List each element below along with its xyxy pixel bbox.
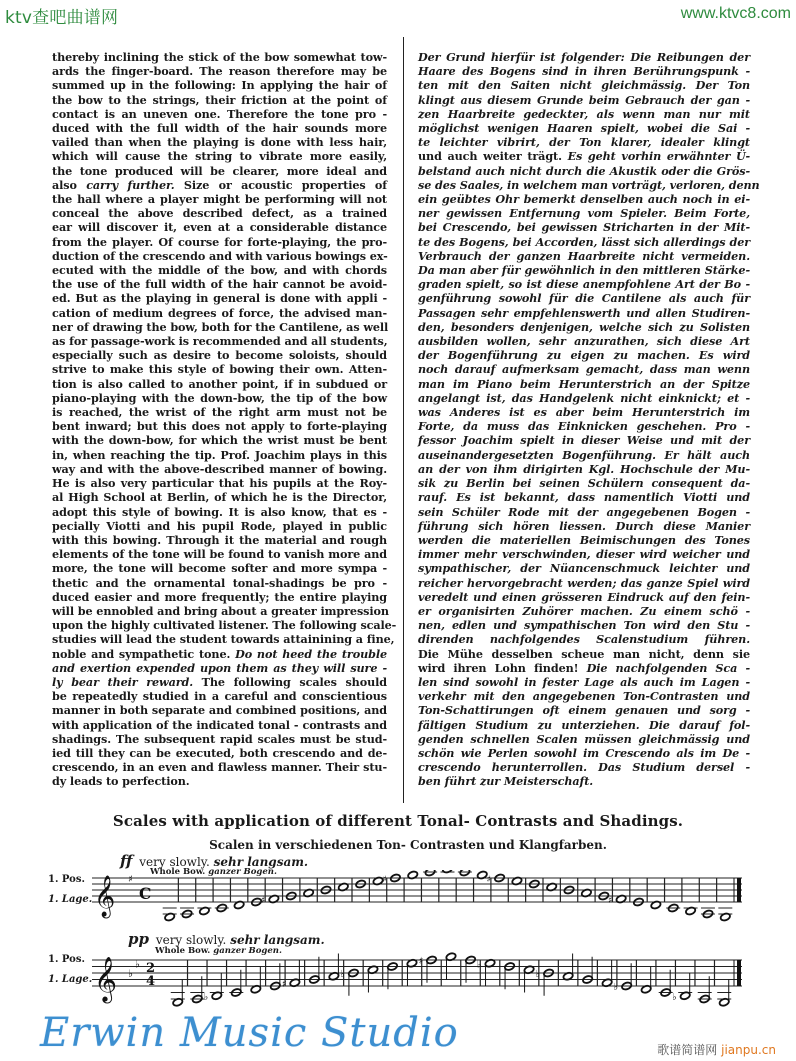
text-line: with application of the indicated tonal … — [52, 718, 387, 732]
staff1-dynamic-ff: ff — [120, 852, 132, 870]
text-line: thetic and the ornamental tonal-shadings… — [52, 576, 387, 590]
text-line: immer mehr verschwinden, dieser wird wei… — [418, 547, 750, 561]
text-line: crescendo, in an even and flawless manne… — [52, 760, 387, 774]
svg-text:♯: ♯ — [608, 896, 612, 906]
text-line: belstand auch nicht durch die Akustik od… — [418, 164, 750, 178]
text-line: the use of the full width of the hair ca… — [52, 277, 387, 291]
text-line: duced easier and more frequently; the en… — [52, 590, 387, 604]
text-line: ausbilden wollen, sehr anzurathen, sich … — [418, 334, 750, 348]
text-line: tion is also called to another point, if… — [52, 377, 387, 391]
text-line: bent inward; but this does not apply to … — [52, 419, 387, 433]
svg-text:𝄞: 𝄞 — [94, 957, 117, 1003]
text-line: thereby inclining the stick of the bow s… — [52, 50, 387, 64]
text-line: Die Mühe desselben scheue man nicht, den… — [418, 647, 750, 661]
text-line: be repeatedly studied in a careful and c… — [52, 689, 387, 703]
text-line: len sind sowohl in fester Lage als auch … — [418, 675, 750, 689]
text-line: He is also very particular that his pupi… — [52, 476, 387, 490]
text-line: ied till they can be executed, both cres… — [52, 746, 387, 760]
text-line: Forte, da muss das Einknicken geschehen.… — [418, 419, 750, 433]
text-line: duced with the full width of the hair so… — [52, 121, 387, 135]
text-line: werden die materiellen Beimischungen des… — [418, 533, 750, 547]
text-line: te des Bogens, bei Accorden, lässt sich … — [418, 235, 750, 249]
svg-text:♯: ♯ — [128, 874, 133, 885]
text-line: al High School at Berlin, of which he is… — [52, 490, 387, 504]
staff1-position-label: 1. Pos. 1. Lage. — [48, 870, 92, 910]
text-line: se des Saales, in welchem man vorträgt, … — [418, 178, 750, 192]
text-line: summed up in the following: In applying … — [52, 78, 387, 92]
text-line: den, besonders denjenigen, welche sich z… — [418, 320, 750, 334]
svg-text:4: 4 — [146, 974, 155, 989]
text-line: er organisirten Zuhörer machen. Zu einem… — [418, 604, 750, 618]
text-line: nen, edlen und sympathischen Ton wird de… — [418, 618, 750, 632]
text-line: contact is an uneven one. Therefore the … — [52, 107, 387, 121]
text-line: führung sich hören liessen. Durch diese … — [418, 519, 750, 533]
svg-text:♭: ♭ — [672, 992, 677, 1003]
text-line: ards the finger-board. The reason theref… — [52, 64, 387, 78]
text-line: vailed than when the playing is done wit… — [52, 135, 387, 149]
text-line: manner in both separate and combined pos… — [52, 703, 387, 717]
staff2-pos-en: 1. Pos. — [48, 954, 85, 965]
text-line: genden schnellen Scalen müssen gleichmäs… — [418, 732, 750, 746]
text-line: ear will discover it, even at a consider… — [52, 220, 387, 234]
staff2-g-minor-scale: 𝄞♭♭24♭♯♭♯♭♭♭♭ — [92, 950, 752, 1016]
text-line: ner of drawing the bow, both for the Can… — [52, 320, 387, 334]
text-line: cation of medium degrees of force, the a… — [52, 306, 387, 320]
svg-text:♭: ♭ — [536, 969, 541, 980]
text-line: direnden nachfolgendes Scalenstudium füh… — [418, 632, 750, 646]
text-line: will be ennobled and bring about a great… — [52, 604, 387, 618]
site-watermark-top-left: ktv查吧曲谱网 — [5, 3, 118, 28]
text-line: the hall where a player might be perform… — [52, 192, 387, 206]
text-line: sein Schüler Rode mit der angegebenen Bo… — [418, 505, 750, 519]
text-line: veredelt und einen grösseren Eindruck au… — [418, 590, 750, 604]
text-line: noble and sympathetic tone. Do not heed … — [52, 647, 387, 661]
staff2-tempo-de: sehr langsam. — [230, 933, 324, 947]
staff1-pos-de: 1. Lage. — [48, 890, 92, 910]
text-line: elements of the tone will be found to va… — [52, 547, 387, 561]
staff1-pos-en: 1. Pos. — [48, 874, 85, 885]
text-line: crescendo herunterrollen. Das Studium de… — [418, 760, 750, 774]
svg-text:♭: ♭ — [135, 958, 140, 970]
site-watermark-top-right: www.ktvc8.com — [681, 5, 791, 23]
text-line: with the down-bow, for which the wrist m… — [52, 433, 387, 447]
text-line: sik zu Berlin bei seinen Schülern conseq… — [418, 476, 750, 490]
text-line: ed. But as the playing in general is don… — [52, 291, 387, 305]
text-line: angelangt ist, das Handgelenk nicht eink… — [418, 391, 750, 405]
text-line: duction of the crescendo and with variou… — [52, 249, 387, 263]
music-section-title: Scales with application of different Ton… — [0, 812, 796, 830]
text-line: Passagen sehr empfehlenswerth und allen … — [418, 306, 750, 320]
text-line: the bow to the strings, their friction a… — [52, 93, 387, 107]
text-line: ly bear their reward. The following scal… — [52, 675, 387, 689]
text-line: reicher hervorgebracht werden; das ganze… — [418, 576, 750, 590]
text-line: more, the tone will become softer and mo… — [52, 561, 387, 575]
music-section-subtitle: Scalen in verschiedenen Ton- Contrasten … — [0, 838, 796, 852]
site-watermark-bottom-right-domain: jianpu.cn — [721, 1043, 776, 1057]
text-line: studies will lead the student towards at… — [52, 632, 387, 646]
text-line: adopt this style of bowing. It is also k… — [52, 505, 387, 519]
text-line: ben führt zur Meisterschaft. — [418, 774, 750, 788]
text-line: klingt aus diesem Grunde beim Gebrauch d… — [418, 93, 750, 107]
text-line: pecially Viotti and his pupil Rode, play… — [52, 519, 387, 533]
text-line: the tone produced will be clearer, more … — [52, 164, 387, 178]
text-line: schön wie Perlen sowohl im Crescendo als… — [418, 746, 750, 760]
svg-text:♭: ♭ — [477, 959, 482, 970]
text-line: sympathischer, der Nüancenschmuck leicht… — [418, 561, 750, 575]
text-line: und auch weiter trägt. Es geht vorhin er… — [418, 149, 750, 163]
text-line: man im Piano beim Herunterstrich an der … — [418, 377, 750, 391]
text-line: way and with the above-described manner … — [52, 462, 387, 476]
text-line: was Anderes ist es aber beim Herunterstr… — [418, 405, 750, 419]
staff2-tempo-en: very slowly. — [156, 933, 227, 947]
svg-text:♭: ♭ — [128, 968, 133, 980]
german-text-column: Der Grund hierfür ist folgender: Die Rei… — [418, 50, 750, 789]
text-line: upon the highly cultivated listener. The… — [52, 618, 387, 632]
text-line: and exertion expended upon them as they … — [52, 661, 387, 675]
text-line: strive to make this style of bowing thei… — [52, 362, 387, 376]
svg-text:♯: ♯ — [282, 979, 287, 990]
text-line: Der Grund hierfür ist folgender: Die Rei… — [418, 50, 750, 64]
text-line: piano-playing with the down-bow, the tip… — [52, 391, 387, 405]
text-line: möglichst wenigen Haaren spielt, wobei d… — [418, 121, 750, 135]
text-line: verkehr mit den angegebenen Ton-Contrast… — [418, 689, 750, 703]
text-line: with this bowing. Through it the materia… — [52, 533, 387, 547]
text-line: is reached, the wrist of the right arm m… — [52, 405, 387, 419]
text-line: Ton-Schattirungen oft einem genauen und … — [418, 703, 750, 717]
text-line: ner gewissen Entfernung vom Spieler. Bei… — [418, 206, 750, 220]
text-line: noch darauf aufmerksam gemacht, dass man… — [418, 362, 750, 376]
english-text-column: thereby inclining the stick of the bow s… — [52, 50, 387, 789]
text-line: Da man aber für gewöhnlich in den mittle… — [418, 263, 750, 277]
text-line: from the player. Of course for forte-pla… — [52, 235, 387, 249]
text-line: as for passage-work is recommended and a… — [52, 334, 387, 348]
text-line: ein geübtes Ohr bemerkt denselben auch n… — [418, 192, 750, 206]
svg-text:C: C — [139, 884, 151, 903]
text-line: conceal the above described defect, as a… — [52, 206, 387, 220]
text-line: auseinandergesetzten Bogenführung. Er hä… — [418, 448, 750, 462]
text-line: ten mit den Saiten nicht gleichmässig. D… — [418, 78, 750, 92]
staff1-g-major-scale: 𝄞♯C♯♯♯♯ — [92, 870, 752, 930]
svg-text:♭: ♭ — [614, 982, 619, 993]
staff2-pos-de: 1. Lage. — [48, 970, 92, 990]
text-line: graden spielt, so ist diese anempfohlene… — [418, 277, 750, 291]
text-line: an der von ihm dirigirten Kgl. Hochschul… — [418, 462, 750, 476]
text-line: wird ihren Lohn finden! Die nachfolgende… — [418, 661, 750, 675]
text-line: te leichter vibrirt, der Ton klarer, ide… — [418, 135, 750, 149]
text-line: in, when reaching the tip. Prof. Joachim… — [52, 448, 387, 462]
svg-text:♯: ♯ — [418, 956, 423, 967]
studio-logo-watermark: Erwin Music Studio — [40, 1010, 459, 1056]
staff2-dynamic-pp: pp — [128, 930, 149, 948]
text-line: especially such as desire to become solo… — [52, 348, 387, 362]
text-line: fältigen Studium zu unterziehen. Die dar… — [418, 718, 750, 732]
svg-text:♯: ♯ — [487, 875, 491, 885]
svg-text:♭: ♭ — [204, 992, 209, 1003]
text-line: rauf. Es ist bekannt, dass namentlich Vi… — [418, 490, 750, 504]
staff2-position-label: 1. Pos. 1. Lage. — [48, 950, 92, 990]
column-divider — [403, 37, 404, 803]
text-line: fessor Joachim spielt in dieser Weise un… — [418, 433, 750, 447]
site-watermark-bottom-right-prefix: 歌谱简谱网 — [657, 1043, 717, 1057]
svg-text:𝄞: 𝄞 — [94, 875, 115, 918]
text-line: genführung sowohl für die Cantilene als … — [418, 291, 750, 305]
text-line: which will cause the string to vibrate m… — [52, 149, 387, 163]
text-line: der Bogenführung zu eigen zu machen. Es … — [418, 348, 750, 362]
svg-text:♯: ♯ — [382, 875, 386, 885]
text-line: Haare des Bogens sind in ihren Berührung… — [418, 64, 750, 78]
site-watermark-bottom-right: 歌谱简谱网 jianpu.cn — [657, 1041, 776, 1058]
text-line: Verbrauch der ganzen Haarbreite nicht ve… — [418, 249, 750, 263]
text-line: shadings. The subsequent rapid scales mu… — [52, 732, 387, 746]
text-line: also carry further. Size or acoustic pro… — [52, 178, 387, 192]
text-line: dy leads to perfection. — [52, 774, 387, 788]
text-line: zen Haarbreite gedeckter, als wenn man n… — [418, 107, 750, 121]
svg-text:♭: ♭ — [340, 969, 345, 980]
text-line: ecuted with the middle of the bow, and w… — [52, 263, 387, 277]
text-line: bei Crescendo, bei gewissen Stricharten … — [418, 220, 750, 234]
svg-text:♯: ♯ — [261, 896, 265, 906]
